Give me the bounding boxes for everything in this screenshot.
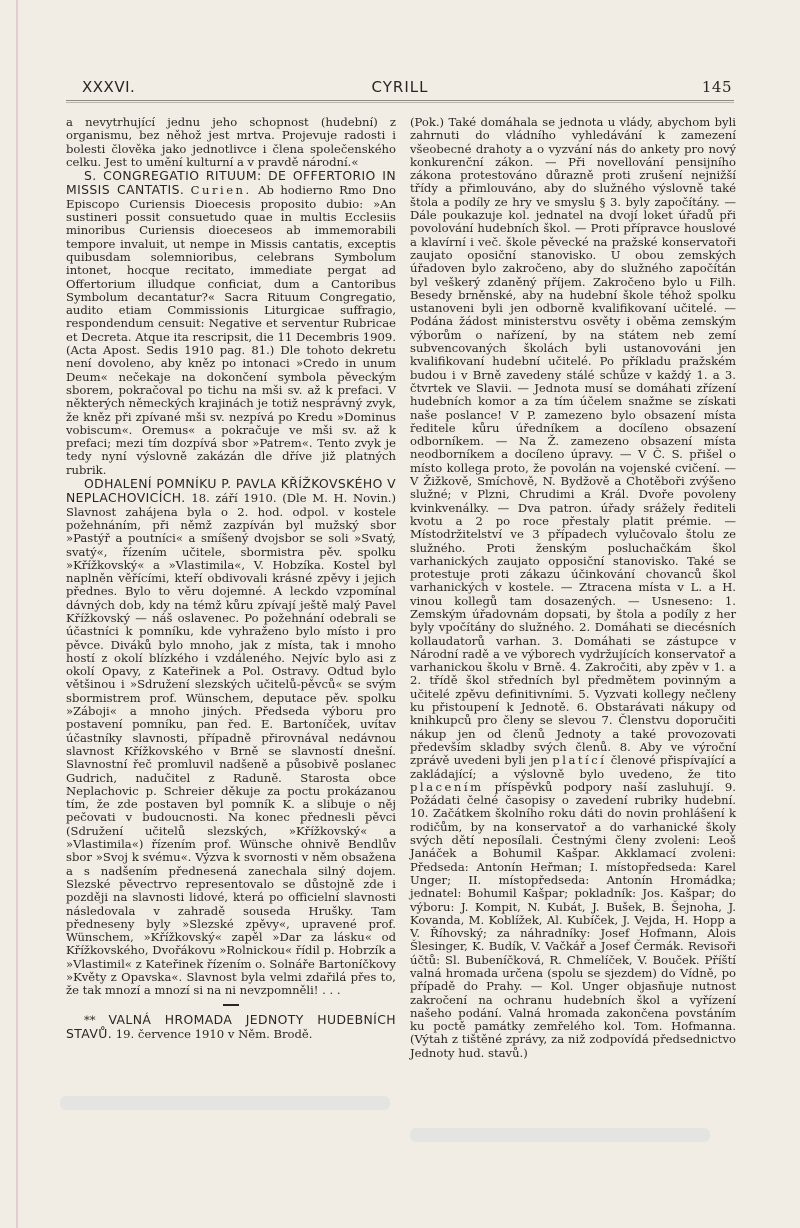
article-date-place: 19. července 1910 v Něm. Brodě. [116, 1027, 313, 1041]
page-number: 145 [702, 78, 732, 96]
emphasized-word: platící [552, 753, 606, 767]
body-text: příspěvků podpory naší zasluhují. 9. Pož… [410, 780, 736, 1060]
article-date: 18. září 1910. [191, 491, 276, 505]
left-column: a nevytrhující jednu jeho schopnost (hud… [66, 116, 396, 1041]
article-valna-hromada: ** VALNÁ HROMADA JEDNOTY HUDEBNÍCH STAVŮ… [66, 1013, 396, 1042]
continued-article-body: (Pok.) Také domáhala se jednota u vlády,… [410, 116, 736, 1060]
intro-paragraph: a nevytrhující jednu jeho schopnost (hud… [66, 116, 396, 169]
article-place: Curien. [191, 183, 252, 197]
emphasized-word: placením [410, 780, 484, 794]
scan-stain [60, 1096, 390, 1110]
running-head: XXXVI. CYRILL 145 [66, 76, 734, 100]
header-rule [66, 100, 734, 103]
body-text: (Pok.) Také domáhala se jednota u vlády,… [410, 115, 736, 767]
right-column: (Pok.) Také domáhala se jednota u vlády,… [410, 116, 736, 1060]
section-separator [223, 1004, 239, 1006]
article-pomnik: ODHALENÍ POMNÍKU P. PAVLA KŘÍŽKOVSKÉHO V… [66, 477, 396, 998]
article-rituum: S. CONGREGATIO RITUUM: DE OFFERTORIO IN … [66, 169, 396, 477]
scan-stain [410, 1128, 710, 1142]
article-marker: ** [84, 1013, 96, 1027]
page-binding-edge [16, 0, 18, 1228]
journal-title: CYRILL [66, 78, 734, 96]
article-body: Ab hodierno Rmo Dno Episcopo Curiensis D… [66, 183, 396, 476]
article-body: (Dle M. H. Novin.) Slavnost zahájena byl… [66, 491, 396, 997]
